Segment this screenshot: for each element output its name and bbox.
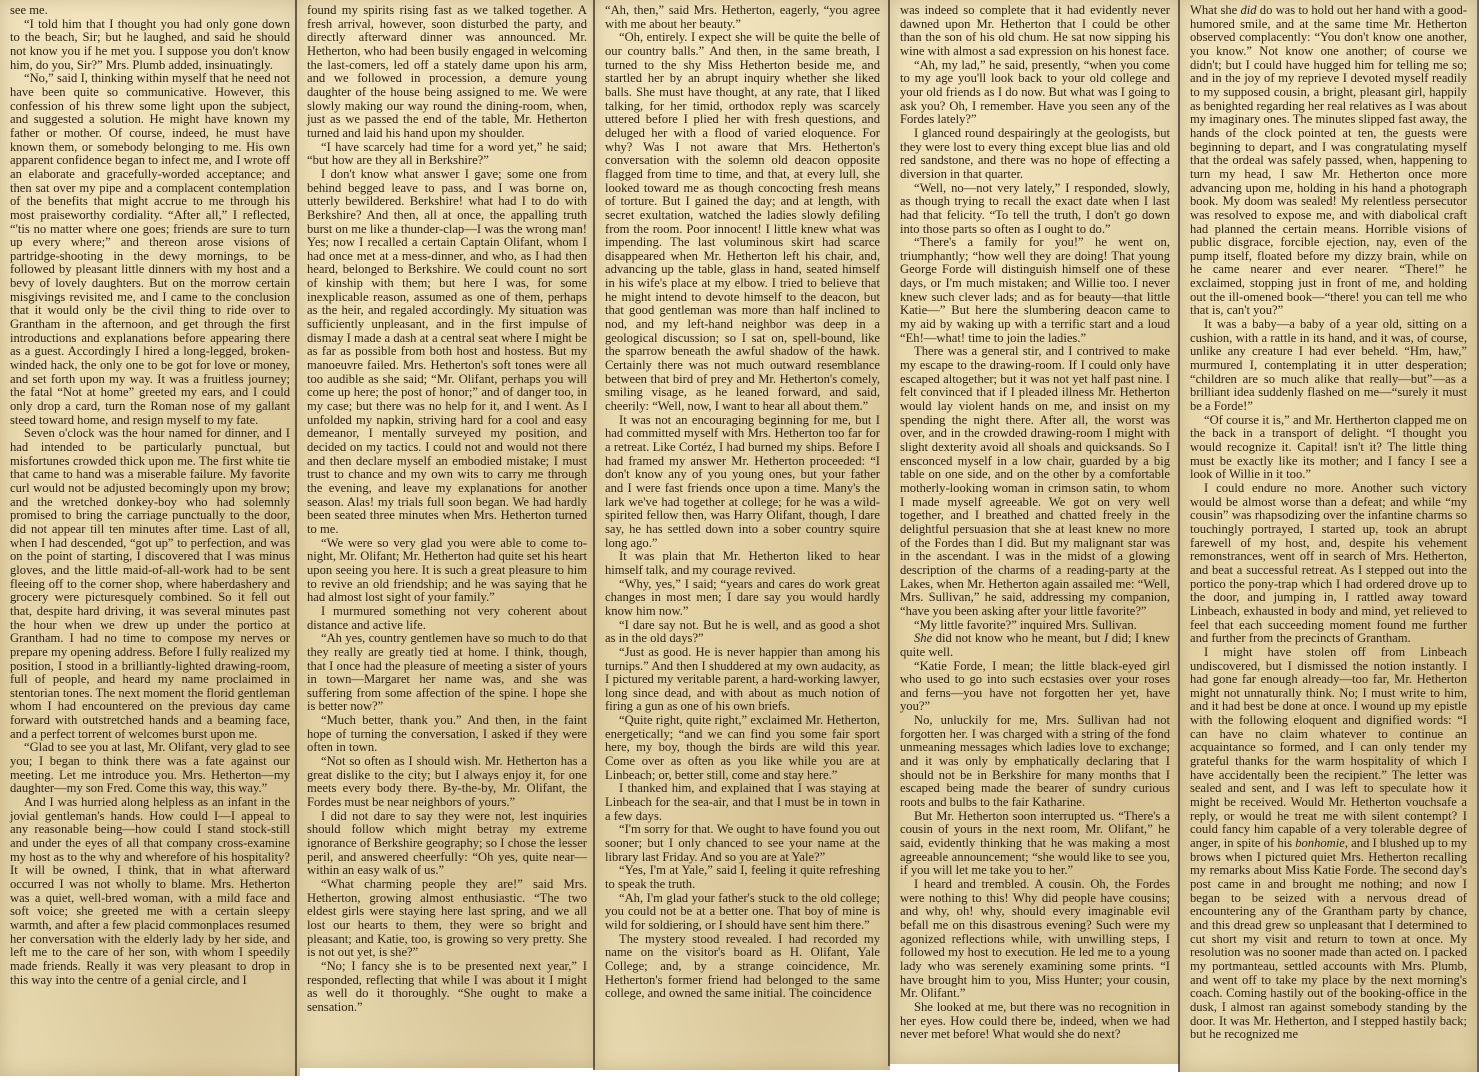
paragraph: I might have stolen off from Linbeach un… <box>1190 646 1467 1042</box>
paragraph: “Of course it is,” and Mr. Hertherton cl… <box>1190 414 1467 482</box>
paragraph: It was plain that Mr. Hetherton liked to… <box>605 550 880 577</box>
paragraph: “Katie Forde, I mean; the little black-e… <box>900 660 1170 715</box>
newspaper-page: see me.“I told him that I thought you ha… <box>0 0 1484 1080</box>
paragraph: I heard and trembled. A cousin. Oh, the … <box>900 878 1170 1001</box>
paragraph: “Just as good. He is never happier than … <box>605 646 880 714</box>
paragraph: “Ah, then,” said Mrs. Hetherton, eagerly… <box>605 4 880 31</box>
paragraph: found my spirits rising fast as we talke… <box>307 4 587 141</box>
text-column-3: “Ah, then,” said Mrs. Hetherton, eagerly… <box>595 0 890 1070</box>
paragraph: Seven o'clock was the hour named for din… <box>10 427 290 741</box>
paragraph: She did not know who he meant, but I did… <box>900 632 1170 659</box>
paragraph: There was a general stir, and I contrive… <box>900 345 1170 618</box>
text-column-1: see me.“I told him that I thought you ha… <box>0 0 300 1076</box>
paragraph: “I told him that I thought you had only … <box>10 18 290 73</box>
paragraph: “Ah yes, country gentlemen have so much … <box>307 632 587 714</box>
text-column-2: found my spirits rising fast as we talke… <box>297 0 597 1068</box>
paragraph: It was not an encouraging beginning for … <box>605 414 880 551</box>
paragraph: She looked at me, but there was no recog… <box>900 1001 1170 1042</box>
paragraph: “Ah, I'm glad your father's stuck to the… <box>605 892 880 933</box>
paragraph: “What charming people they are!” said Mr… <box>307 878 587 960</box>
paragraph: “Not so often as I should wish. Mr. Heth… <box>307 755 587 810</box>
paragraph: I thanked him, and explained that I was … <box>605 782 880 823</box>
paragraph: No, unluckily for me, Mrs. Sullivan had … <box>900 714 1170 810</box>
paragraph: “My little favorite?” inquired Mrs. Sull… <box>900 619 1170 633</box>
paragraph: I don't know what answer I gave; some on… <box>307 168 587 537</box>
paragraph: But Mr. Hetherton soon interrupted us. “… <box>900 810 1170 878</box>
paragraph: “Well, no—not very lately,” I responded,… <box>900 182 1170 237</box>
paragraph: “I have scarcely had time for a word yet… <box>307 141 587 168</box>
paragraph: “We were so very glad you were able to c… <box>307 537 587 605</box>
paragraph: see me. <box>10 4 290 18</box>
paragraph: “No; I fancy she is to be presented next… <box>307 960 587 1015</box>
paragraph: The mystery stood revealed. I had record… <box>605 933 880 1001</box>
paragraph: It was a baby—a baby of a year old, sitt… <box>1190 318 1467 414</box>
paragraph: I did not dare to say they were not, les… <box>307 810 587 878</box>
paragraph: “There's a family for you!” he went on, … <box>900 236 1170 345</box>
paragraph: “Glad to see you at last, Mr. Olifant, v… <box>10 741 290 796</box>
paragraph: “No,” said I, thinking within myself tha… <box>10 72 290 427</box>
paragraph: “I'm sorry for that. We ought to have fo… <box>605 823 880 864</box>
paragraph: was indeed so complete that it had evide… <box>900 4 1170 59</box>
paragraph: “Quite right, quite right,” exclaimed Mr… <box>605 714 880 782</box>
column-rule <box>1477 0 1479 1072</box>
paragraph: “Why, yes,” I said; “years and cares do … <box>605 578 880 619</box>
paragraph: “Ah, my lad,” he said, presently, “when … <box>900 59 1170 127</box>
text-column-5: What she did do was to hold out her hand… <box>1180 0 1477 1072</box>
paragraph: “Yes, I'm at Yale,” said I, feeling it q… <box>605 864 880 891</box>
paragraph: “I dare say not. But he is well, and as … <box>605 619 880 646</box>
paragraph: “Oh, entirely. I expect she will be quit… <box>605 31 880 413</box>
paragraph: What she did do was to hold out her hand… <box>1190 4 1467 318</box>
paragraph: I could endure no more. Another such vic… <box>1190 482 1467 646</box>
paragraph: And I was hurried along helpless as an i… <box>10 796 290 987</box>
paragraph: I murmured something not very coherent a… <box>307 605 587 632</box>
paragraph: I glanced round despairingly at the geol… <box>900 127 1170 182</box>
text-column-4: was indeed so complete that it had evide… <box>890 0 1180 1064</box>
paragraph: “Much better, thank you.” And then, in t… <box>307 714 587 755</box>
